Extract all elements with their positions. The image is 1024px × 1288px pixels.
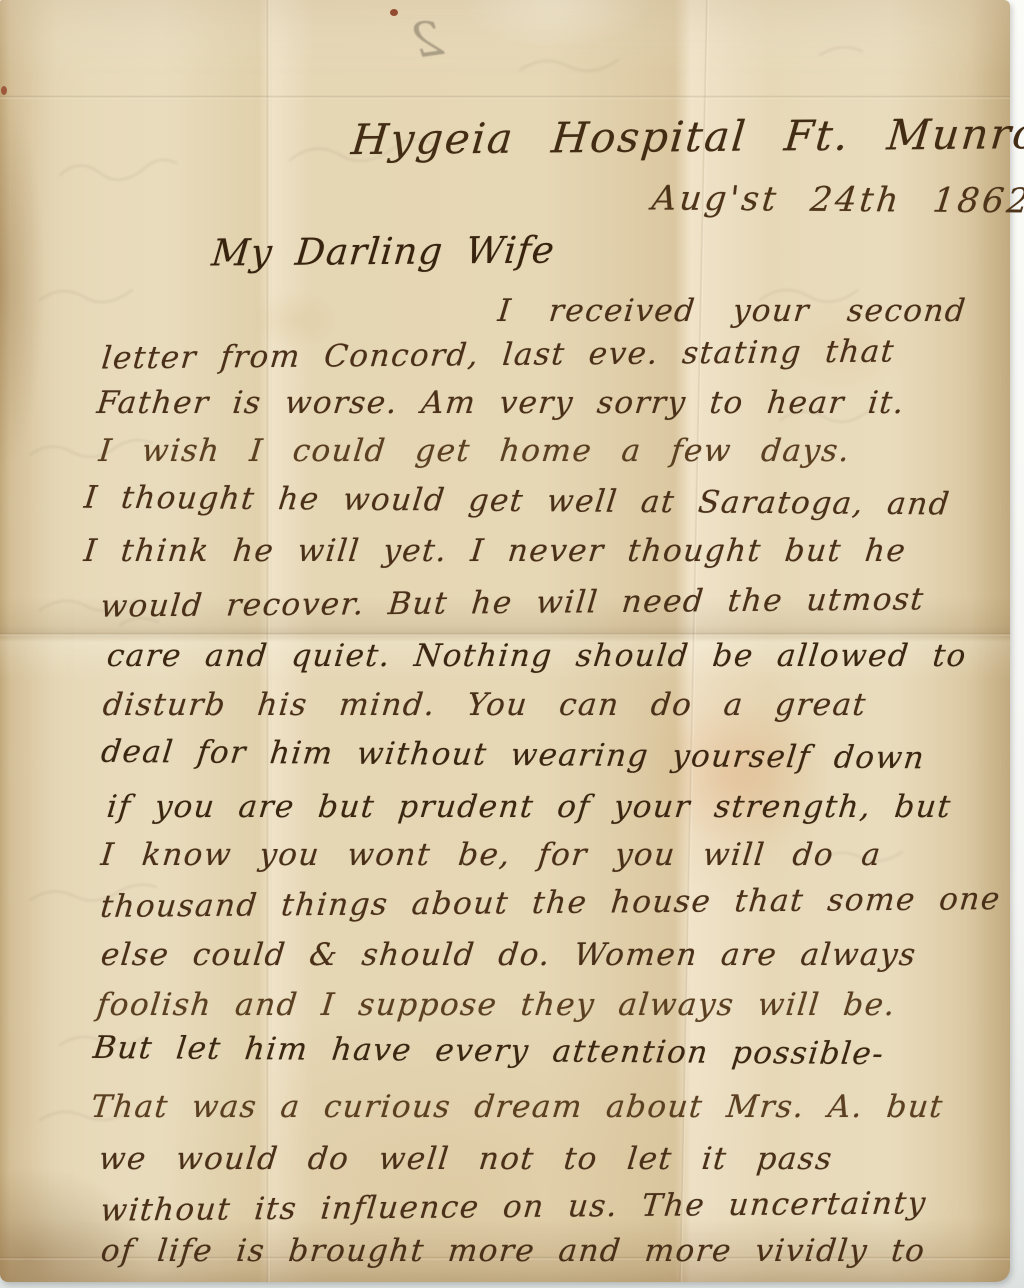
horizontal-fold-crease-top <box>0 95 1010 99</box>
letter-line-10: deal for him without wearing yourself do… <box>99 734 927 776</box>
letter-line-9: disturb his mind. You can do a great <box>101 687 868 723</box>
letter-line-18: we would do well not to let it pass <box>97 1141 835 1177</box>
letter-line-8: care and quiet. Nothing should be allowe… <box>105 638 969 674</box>
letter-line-20: of life is brought more and more vividly… <box>99 1233 927 1269</box>
letter-line-16: But let him have every attention possibl… <box>91 1030 886 1072</box>
letter-line-13: thousand things about the house that som… <box>99 881 1003 925</box>
letter-line-11: if you are but prudent of your strength,… <box>105 789 953 825</box>
ghost-page-number: 2 <box>408 10 446 70</box>
letter-heading-location: Hygeia Hospital Ft. Munroe <box>349 109 1024 164</box>
letter-heading-date: Aug'st 24th 1862. <box>650 178 1024 221</box>
horizontal-fold-crease-middle <box>0 632 1010 636</box>
letter-line-6: I think he will yet. I never thought but… <box>82 533 908 569</box>
letter-line-14: else could & should do. Women are always <box>99 937 918 973</box>
letter-line-12: I know you wont be, for you will do a <box>99 837 883 873</box>
letter-line-2: letter from Concord, last eve. stating t… <box>100 334 897 377</box>
edge-speck-stain <box>1 86 7 95</box>
letter-line-7: would recover. But he will need the utmo… <box>99 581 926 624</box>
letter-line-15: foolish and I suppose they always will b… <box>95 987 898 1023</box>
letter-line-4: I wish I could get home a few days. <box>97 433 852 469</box>
letter-page: 2 Hygeia Hospital Ft. Munroe Aug'st 24th… <box>0 0 1010 1282</box>
letter-line-5: I thought he would get well at Saratoga,… <box>82 480 952 523</box>
letter-line-1: I received your second <box>496 293 968 329</box>
letter-salutation: My Darling Wife <box>210 229 557 275</box>
ink-speck-stain <box>390 9 398 16</box>
letter-line-3: Father is worse. Am very sorry to hear i… <box>95 385 907 421</box>
letter-line-19: without its influence on us. The uncerta… <box>99 1185 928 1228</box>
scanned-letter-view: 2 Hygeia Hospital Ft. Munroe Aug'st 24th… <box>0 0 1024 1288</box>
letter-line-17: That was a curious dream about Mrs. A. b… <box>89 1089 945 1125</box>
